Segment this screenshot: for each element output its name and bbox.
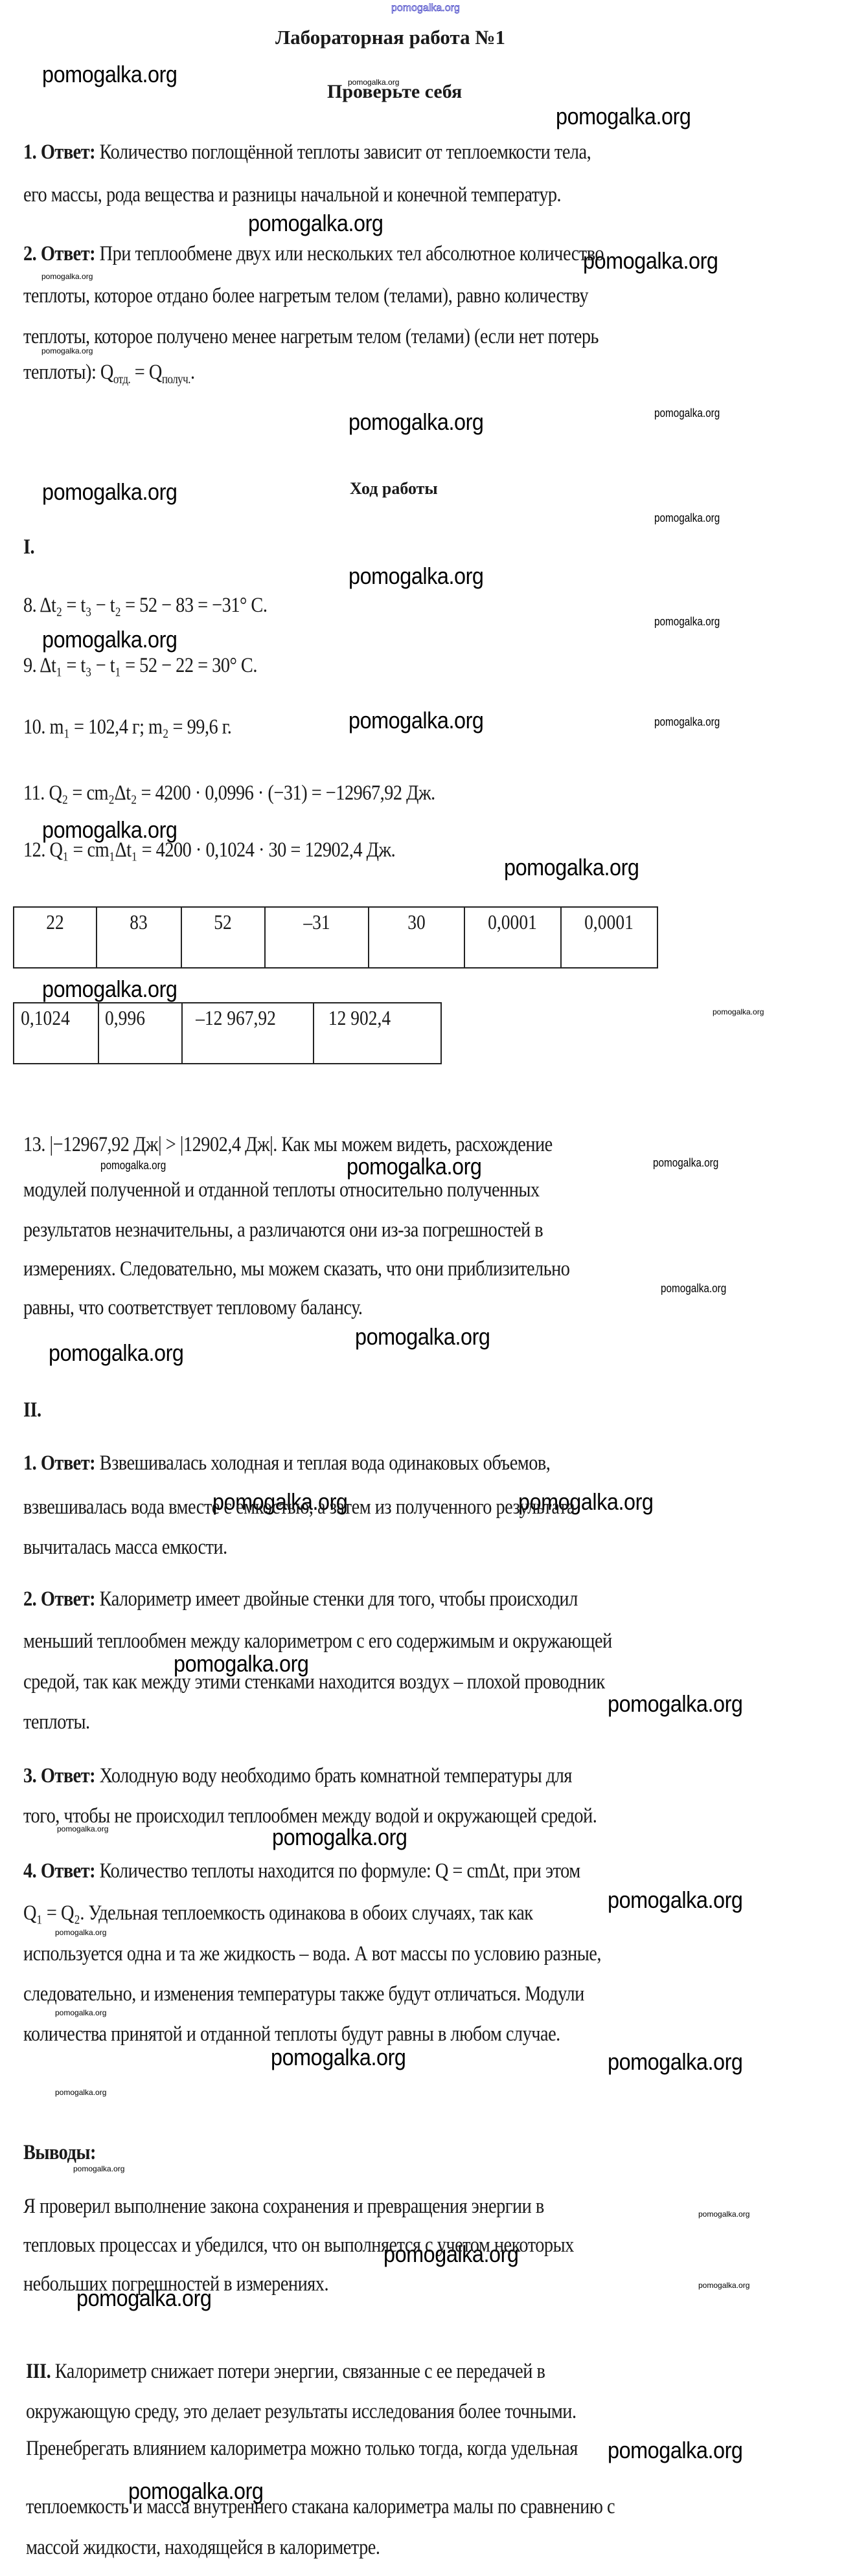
watermark: pomogalka.org [271, 2044, 406, 2070]
answer-2-line: теплоты, которое отдано более нагретым т… [23, 283, 588, 309]
table-cell: 12 902,4 [314, 1003, 441, 1064]
answer-2-formula-line: теплоты): Qотд. = Qполуч.. [23, 359, 195, 392]
part3-text: Калориметр снижает потери энергии, связа… [51, 2360, 545, 2383]
answer-1-line: 1. Ответ: Количество поглощённой теплоты… [23, 139, 591, 165]
measurements-table-2: 0,1024 0,996 –12 967,92 12 902,4 [13, 1002, 442, 1064]
conclusions-text: тепловых процессах и убедился, что он вы… [23, 2232, 574, 2258]
watermark: pomogalka.org [73, 2164, 124, 2173]
watermark: pomogalka.org [55, 2088, 106, 2097]
watermark: pomogalka.org [55, 2008, 106, 2017]
part2-answer-2: теплоты. [23, 1709, 90, 1735]
conclusions-text: небольших погрешностей в измерениях. [23, 2271, 328, 2297]
item-13: измерениях. Следовательно, мы можем сказ… [23, 1256, 569, 1282]
item-11: 11. Q₂ = cm₂Δt₂ = 4200 · 0,0996 · (−31) … [23, 780, 435, 806]
part3-line: Пренебрегать влиянием калориметра можно … [26, 2436, 578, 2461]
watermark: pomogalka.org [42, 627, 177, 653]
answer-2-line: теплоты, которое получено менее нагретым… [23, 324, 599, 350]
watermark: pomogalka.org [42, 976, 177, 1002]
watermark: pomogalka.org [608, 2437, 742, 2463]
part2-answer-4: следовательно, и изменения температуры т… [23, 1981, 584, 2007]
item-10: 10. m₁ = 102,4 г; m₂ = 99,6 г. [23, 714, 231, 740]
watermark: pomogalka.org [608, 1691, 742, 1717]
watermark: pomogalka.org [355, 1324, 490, 1350]
watermark: pomogalka.org [248, 210, 383, 236]
watermark: pomogalka.org [349, 409, 483, 435]
section-heading: Ход работы [350, 479, 438, 498]
part3-line: III. Калориметр снижает потери энергии, … [26, 2358, 545, 2384]
item-8: 8. Δt₂ = t₃ − t₂ = 52 − 83 = −31° C. [23, 592, 267, 618]
answer-text: теплоты): [23, 361, 100, 384]
part2-answer-2: меньший теплообмен между калориметром с … [23, 1628, 612, 1654]
answer-text: Калориметр имеет двойные стенки для того… [95, 1587, 578, 1611]
item-13: равны, что соответствует тепловому балан… [23, 1295, 362, 1321]
table-cell: –12 967,92 [182, 1003, 314, 1064]
watermark: pomogalka.org [49, 1340, 183, 1366]
watermark: pomogalka.org [654, 407, 720, 420]
watermark: pomogalka.org [713, 1007, 764, 1016]
watermark: pomogalka.org [41, 272, 93, 281]
item-13: модулей полученной и отданной теплоты от… [23, 1177, 540, 1203]
part-heading: I. [23, 534, 34, 560]
table-cell: 30 [369, 907, 464, 968]
watermark: pomogalka.org [504, 855, 639, 880]
table-cell: 22 [14, 907, 97, 968]
watermark: pomogalka.org [556, 104, 691, 129]
watermark: pomogalka.org [55, 1928, 106, 1937]
site-watermark-top: pomogalka.org [391, 3, 460, 14]
item-13: 13. |−12967,92 Дж| > |12902,4 Дж|. Как м… [23, 1132, 553, 1158]
part2-answer-1: взвешивалась вода вместе с емкостью, а з… [23, 1494, 575, 1520]
part2-answer-4: Q₁ = Q₂. Удельная теплоемкость одинакова… [23, 1900, 533, 1926]
watermark: pomogalka.org [42, 62, 177, 87]
answer-text: Количество теплоты находится по формуле:… [95, 1859, 580, 1883]
part3-line: массой жидкости, находящейся в калоримет… [26, 2535, 380, 2560]
answer-text: При теплообмене двух или нескольких тел … [95, 242, 604, 265]
conclusions-heading: Выводы: [23, 2140, 96, 2166]
part2-answer-3: того, чтобы не происходил теплообмен меж… [23, 1803, 597, 1829]
answer-label: 4. Ответ: [23, 1859, 95, 1883]
table-cell: 0,1024 [14, 1003, 98, 1064]
answer-label: 2. Ответ: [23, 1587, 95, 1611]
table-cell: 0,0001 [464, 907, 561, 968]
part2-answer-4: количества принятой и отданной теплоты б… [23, 2021, 560, 2047]
table-cell: 0,0001 [561, 907, 657, 968]
page-title: Лабораторная работа №1 [275, 26, 505, 49]
watermark: pomogalka.org [654, 615, 720, 628]
answer-text: Холодную воду необходимо брать комнатной… [95, 1764, 572, 1787]
part3-line: теплоемкость и масса внутреннего стакана… [26, 2494, 615, 2520]
watermark: pomogalka.org [349, 708, 483, 734]
table-cell: 0,996 [98, 1003, 183, 1064]
answer-label: 3. Ответ: [23, 1764, 95, 1787]
answer-1-line: его массы, рода вещества и разницы начал… [23, 182, 561, 208]
table-cell: 83 [97, 907, 181, 968]
watermark: pomogalka.org [661, 1282, 726, 1295]
part2-answer-4: 4. Ответ: Количество теплоты находится п… [23, 1858, 580, 1884]
watermark: pomogalka.org [698, 2210, 749, 2219]
part2-answer-4: используется одна и та же жидкость – вод… [23, 1941, 601, 1967]
part-heading: II. [23, 1397, 41, 1423]
watermark: pomogalka.org [653, 1156, 718, 1169]
watermark: pomogalka.org [698, 2281, 749, 2290]
watermark: pomogalka.org [608, 1887, 742, 1913]
item-13: результатов незначительны, а различаются… [23, 1217, 543, 1243]
watermark: pomogalka.org [100, 1159, 166, 1172]
answer-text: Количество поглощённой теплоты зависит о… [95, 140, 591, 164]
watermark: pomogalka.org [654, 511, 720, 524]
answer-label: 2. Ответ: [23, 242, 95, 265]
part2-answer-3: 3. Ответ: Холодную воду необходимо брать… [23, 1763, 572, 1789]
formula: Qотд. = Qполуч.. [100, 361, 195, 384]
part2-answer-2: средой, так как между этими стенками нах… [23, 1669, 605, 1695]
part-heading: III. [26, 2360, 51, 2383]
measurements-table-1: 22 83 52 –31 30 0,0001 0,0001 [13, 906, 658, 969]
watermark: pomogalka.org [654, 715, 720, 728]
item-9: 9. Δt₁ = t₃ − t₁ = 52 − 22 = 30° C. [23, 653, 257, 678]
answer-2-line: 2. Ответ: При теплообмене двух или неско… [23, 241, 604, 267]
watermark: pomogalka.org [608, 2049, 742, 2075]
part2-answer-1: вычиталась масса емкости. [23, 1534, 227, 1560]
watermark: pomogalka.org [42, 479, 177, 505]
part2-answer-1: 1. Ответ: Взвешивалась холодная и теплая… [23, 1450, 550, 1476]
table-cell: –31 [265, 907, 368, 968]
answer-label: 1. Ответ: [23, 1451, 95, 1475]
page-subtitle: Проверьте себя [327, 81, 462, 103]
answer-label: 1. Ответ: [23, 140, 95, 164]
watermark: pomogalka.org [349, 563, 483, 589]
item-12: 12. Q₁ = cm₁Δt₁ = 4200 · 0,1024 · 30 = 1… [23, 837, 395, 863]
part2-answer-2: 2. Ответ: Калориметр имеет двойные стенк… [23, 1586, 578, 1612]
part3-line: окружающую среду, это делает результаты … [26, 2399, 577, 2425]
watermark: pomogalka.org [347, 1154, 481, 1180]
table-cell: 52 [181, 907, 265, 968]
answer-text: Взвешивалась холодная и теплая вода один… [95, 1451, 550, 1475]
conclusions-text: Я проверил выполнение закона сохранения … [23, 2193, 544, 2219]
